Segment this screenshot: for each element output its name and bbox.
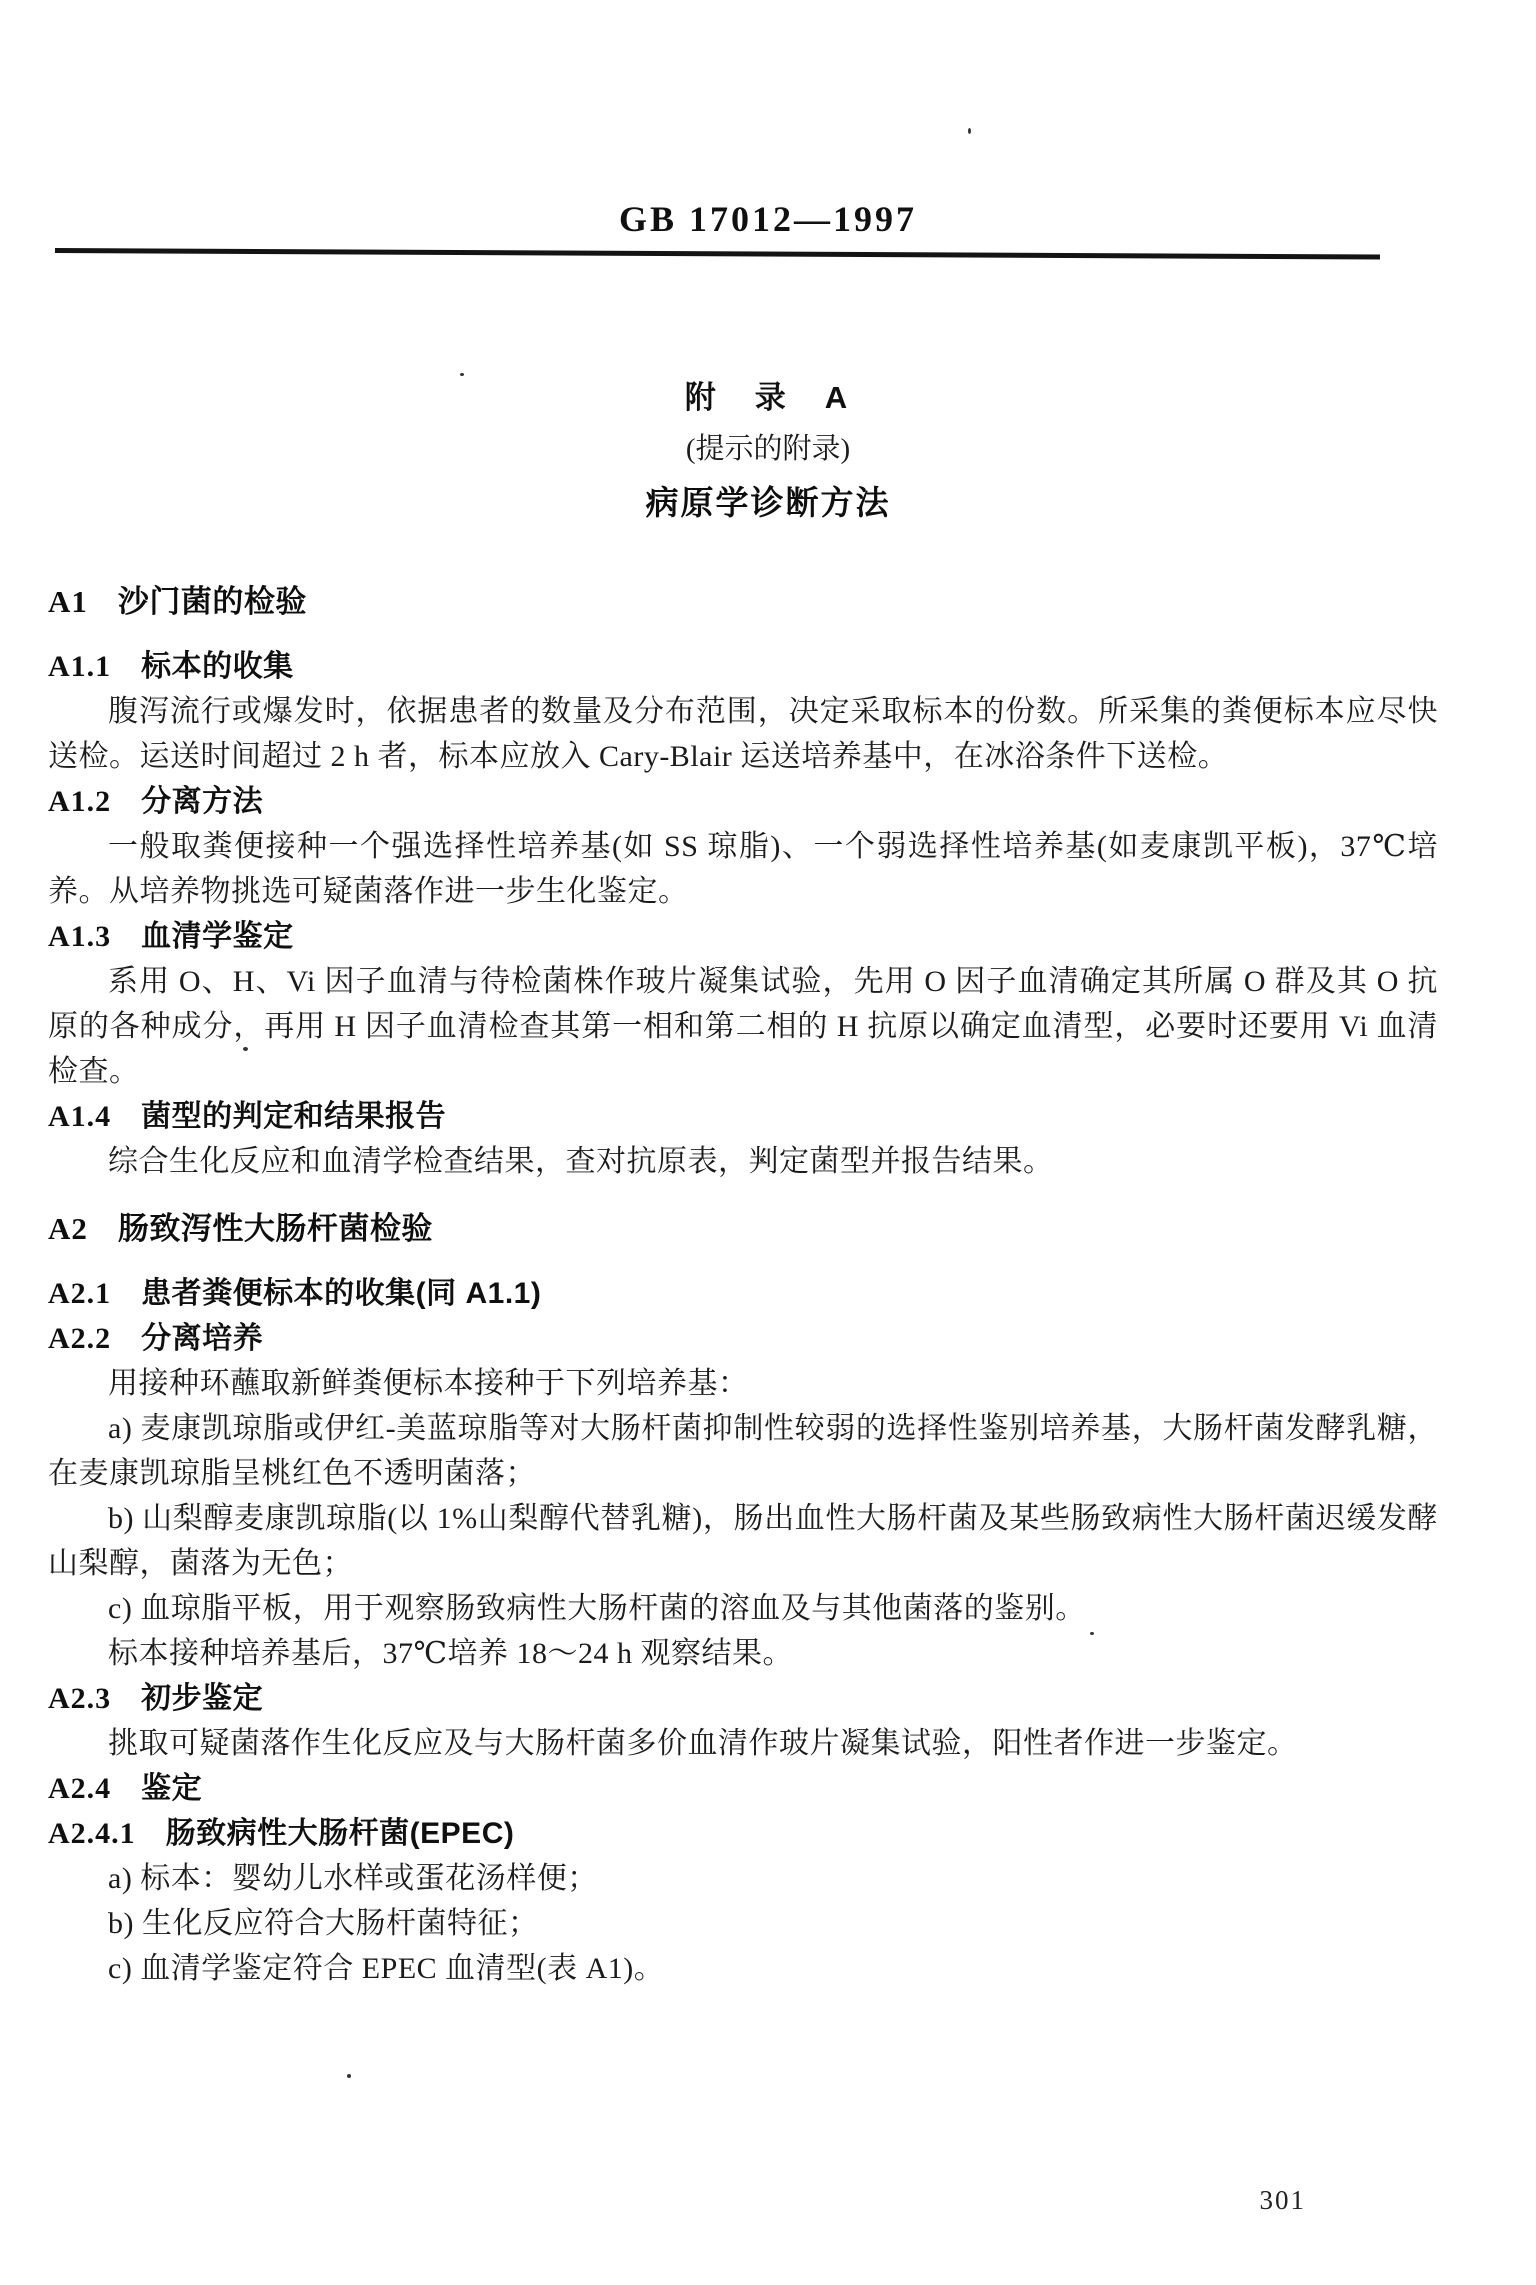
clause-heading-a1-1: A1.1标本的收集 [48,644,1438,689]
clause-title: 血清学鉴定 [141,920,294,953]
scan-artifact [760,1158,764,1162]
clause-title: 初步鉴定 [141,1682,263,1715]
clause-number: A2.3 [48,1682,111,1715]
clause-number: A1.4 [48,1100,111,1133]
clause-heading-a1-4: A1.4菌型的判定和结果报告 [48,1094,1438,1139]
list-item-a: a) 标本：婴幼儿水样或蛋花汤样便； [48,1856,1438,1901]
clause-title: 标本的收集 [141,650,294,683]
paragraph: 腹泻流行或爆发时，依据患者的数量及分布范围，决定采取标本的份数。所采集的粪便标本… [48,689,1438,779]
paragraph: 挑取可疑菌落作生化反应及与大肠杆菌多价血清作玻片凝集试验，阳性者作进一步鉴定。 [48,1721,1438,1766]
clause-number: A1.2 [48,785,111,818]
clause-heading-a2-1: A2.1患者粪便标本的收集(同 A1.1) [48,1271,1438,1316]
section-heading-a1: A1沙门菌的检验 [48,579,1438,624]
appendix-title: 病原学诊断方法 [0,482,1536,524]
clause-title: 患者粪便标本的收集(同 A1.1) [141,1277,541,1310]
document-body: A1沙门菌的检验 A1.1标本的收集 腹泻流行或爆发时，依据患者的数量及分布范围… [48,579,1438,1991]
clause-title: 菌型的判定和结果报告 [141,1100,446,1133]
section-title: 肠致泻性大肠杆菌检验 [118,1211,433,1246]
list-item-b: b) 山梨醇麦康凯琼脂(以 1%山梨醇代替乳糖)，肠出血性大肠杆菌及某些肠致病性… [48,1496,1438,1586]
clause-heading-a1-2: A1.2分离方法 [48,779,1438,824]
appendix-heading: 附 录 A (提示的附录) 病原学诊断方法 [0,378,1536,524]
scan-artifact [1090,1632,1094,1635]
list-item-a: a) 麦康凯琼脂或伊红-美蓝琼脂等对大肠杆菌抑制性较弱的选择性鉴别培养基，大肠杆… [48,1406,1438,1496]
list-item-c: c) 血琼脂平板，用于观察肠致病性大肠杆菌的溶血及与其他菌落的鉴别。 [48,1586,1438,1631]
section-title: 沙门菌的检验 [118,584,307,619]
clause-title: 鉴定 [141,1772,202,1805]
scan-artifact [347,2074,351,2078]
clause-heading-a2-4: A2.4鉴定 [48,1766,1438,1811]
list-item-b: b) 生化反应符合大肠杆菌特征； [48,1901,1438,1946]
clause-title: 肠致病性大肠杆菌(EPEC) [166,1817,515,1850]
clause-heading-a2-3: A2.3初步鉴定 [48,1676,1438,1721]
clause-title: 分离方法 [141,785,263,818]
paragraph: 标本接种培养基后，37℃培养 18～24 h 观察结果。 [48,1631,1438,1676]
header-rule [55,248,1380,259]
standard-code: GB 17012—1997 [0,200,1536,238]
paragraph: 用接种环蘸取新鲜粪便标本接种于下列培养基： [48,1361,1438,1406]
page-number: 301 [1260,2185,1307,2216]
appendix-note: (提示的附录) [0,430,1536,468]
clause-number: A1.1 [48,650,111,683]
clause-heading-a2-4-1: A2.4.1肠致病性大肠杆菌(EPEC) [48,1811,1438,1856]
paragraph: 一般取粪便接种一个强选择性培养基(如 SS 琼脂)、一个弱选择性培养基(如麦康凯… [48,824,1438,914]
section-number: A2 [48,1211,88,1246]
list-item-c: c) 血清学鉴定符合 EPEC 血清型(表 A1)。 [48,1946,1438,1991]
scan-artifact [968,128,971,134]
document-page: GB 17012—1997 附 录 A (提示的附录) 病原学诊断方法 A1沙门… [0,0,1536,2285]
scan-artifact [460,373,464,376]
clause-title: 分离培养 [141,1322,263,1355]
clause-number: A2.4 [48,1772,111,1805]
paragraph: 综合生化反应和血清学检查结果，查对抗原表，判定菌型并报告结果。 [48,1139,1438,1184]
clause-heading-a2-2: A2.2分离培养 [48,1316,1438,1361]
section-number: A1 [48,584,88,619]
paragraph: 系用 O、H、Vi 因子血清与待检菌株作玻片凝集试验，先用 O 因子血清确定其所… [48,959,1438,1094]
appendix-label: 附 录 A [0,378,1536,418]
clause-number: A1.3 [48,920,111,953]
clause-number: A2.1 [48,1277,111,1310]
scan-artifact [243,1047,248,1051]
section-heading-a2: A2肠致泻性大肠杆菌检验 [48,1206,1438,1251]
clause-number: A2.4.1 [48,1817,136,1850]
clause-heading-a1-3: A1.3血清学鉴定 [48,914,1438,959]
clause-number: A2.2 [48,1322,111,1355]
